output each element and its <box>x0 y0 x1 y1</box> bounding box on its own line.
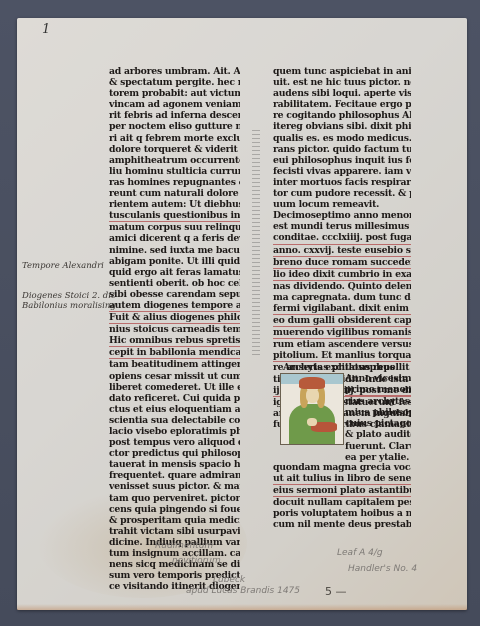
text-line: nius stoicus carneadis tempore claruit <box>109 324 240 335</box>
text-line: docuit nullam capitalem pestem q cor <box>273 497 411 508</box>
text-line: dolore torqueret & viderit homines ad <box>109 144 240 155</box>
text-line: reunt cum naturali dolore certantem. Po <box>109 188 240 199</box>
right-column-below-woodcut: quondam magna grecia vocabatur. hicut ai… <box>273 462 411 531</box>
folio-mark: 1 <box>42 22 50 37</box>
text-line: eius sermoni plato astantibus interesset <box>273 485 411 497</box>
gutter-marks <box>252 130 260 355</box>
text-line: torem probabit: aut victum. Si febrem <box>109 88 240 99</box>
text-line: Hic omnibus rebus spretis & a se reiecti… <box>109 335 240 347</box>
text-line: Anno vicesimo <box>345 373 411 384</box>
text-line: breno duce romam succedens pro capito <box>273 257 411 269</box>
right-column-beside-woodcut: Anno vicesimoprimo menon darius archytas… <box>345 373 411 463</box>
pencil-note-printer: apud Lucas Brandis 1475 <box>186 586 300 597</box>
text-line: liu hominu stulticia currunt spectare fe <box>109 166 240 177</box>
woodcut-face <box>306 388 319 403</box>
text-line: ri ait q febrem morte excludere. Cum eg <box>109 133 240 144</box>
margin-note-1: Tempore Alexandri <box>22 262 104 271</box>
text-line: sibi obesse carendam sepulture. Claruit <box>109 289 240 300</box>
text-line: per noctem eliso gutture no tam se mo <box>109 121 240 132</box>
text-line: rientem autem: Ut diebhus libro primo de <box>109 199 240 210</box>
text-line: trahit victam sibi usurpavit habitu me <box>109 526 240 537</box>
text-line: ctor predictus qui philosophi eulogiam v… <box>109 448 240 459</box>
text-line: sentienti oberit. ob hoc celestem nihil <box>109 278 240 289</box>
text-line: audens sibi loqui. aperte visitum bono <box>273 88 411 99</box>
woodcut-hat <box>299 377 325 389</box>
text-line: amphitheatrum occurrentes aiebat. Qua <box>109 155 240 166</box>
text-line: ad arbores umbram. Ait. Abite queso <box>109 66 240 77</box>
text-line: uit. est ne hic tuus pictor. non tamen <box>273 77 411 88</box>
text-line: nimine. sed iuxta me baculu quo feras <box>109 245 240 256</box>
margin-note-2: Diogenes Stoici 2. dic <box>22 292 116 301</box>
woodcut-portrait <box>280 373 344 445</box>
text-line: anno. cxxvij. teste eusebio senones gall… <box>273 245 411 257</box>
text-line: rabilitatem. Fecitaue ergo pictor. & se <box>273 99 411 110</box>
text-line: quem tunc aspiciebat in animo cogita- <box>273 66 411 77</box>
text-line: eo dum galli obsiderent capitolium. tot <box>273 315 411 327</box>
text-line: amici dicerent q a feris devorareti. Mi <box>109 233 240 244</box>
text-line: dato reficeret. Cui quida pictor admira <box>109 393 240 404</box>
text-line: inter mortuos facis respirare. & sic pic <box>273 177 411 188</box>
text-line: rius archytas tha- <box>345 396 411 407</box>
text-line: ctus et eius eloquentiam addisceret. vel <box>109 404 240 415</box>
pencil-note-dealer: Handler's No. 4 <box>348 564 417 575</box>
margin-note-3: Babilonius moralising <box>22 302 116 311</box>
text-line: nas dividendo. Quinto delenti senones ro <box>273 281 411 292</box>
text-line: tauerat in mensis spacio hec neglectum <box>109 459 240 470</box>
left-text-column: ad arbores umbram. Ait. Abite queso& spe… <box>109 66 240 592</box>
text-line: rit febris ad inferna descendam. Ibi igi… <box>109 110 240 121</box>
text-line: cens quia pingendo si foueret no posset <box>109 504 240 515</box>
pencil-note-title: Rudimentum <box>155 541 213 552</box>
text-line: mius philosophus <box>345 407 411 418</box>
text-line: tusculanis questionibus inquit amicis hu <box>109 210 240 222</box>
text-line: re cogitando philosophus Altera vero die… <box>273 110 411 121</box>
text-line: uum locum remeavit. <box>273 199 411 210</box>
text-line: frequentet. quare admirans philosophus q… <box>109 470 240 481</box>
text-line: Decimoseptimo anno menonis. qui <box>273 210 411 221</box>
text-line: & prosperitam quia medicinam lantam con <box>109 515 240 526</box>
text-line: lio ideo dixit cumbrio in examerone roma <box>273 269 411 281</box>
text-line: primo menon da <box>345 384 411 396</box>
text-line: abigam ponite. Ut illi quid poteris si s… <box>109 256 240 267</box>
text-line: pitolium. Et manlius torquatus clamo <box>273 350 411 362</box>
text-line: poris voluptatem hoibus a natura datam <box>273 508 411 519</box>
text-line: lacio visebo eploratimis philosopho exhi… <box>109 426 240 437</box>
text-line: rans pictor. quido factum tuus pictor <box>273 144 411 155</box>
text-line: Fuit & alius diogenes philosophus babilo <box>109 312 240 324</box>
text-line: fecisti vivas apparere. iam vero vivos <box>273 166 411 177</box>
text-line: qualis es. es modo medicus. sed non igno <box>273 133 411 144</box>
text-line: eui philosophus inquit ius formulas motu… <box>273 155 411 166</box>
text-line: muerendo vigilibus romanis. galli ope <box>273 327 411 339</box>
woodcut-hand <box>307 418 317 426</box>
text-line: matum corpus suu relinquere & cum <box>109 222 240 233</box>
text-line: itereg obvians sibi. dixit philosophus &… <box>273 121 411 132</box>
text-line: ma capregnata. dum tunc dormiebant & in <box>273 292 411 303</box>
text-line: cum nil mente deus prestabilior dedisset… <box>273 519 411 530</box>
text-line: cepit in babilonia mendicare. ut perfec <box>109 347 240 359</box>
text-line: tam beatitudinem attingeret. quod per <box>109 359 240 370</box>
pencil-price: 5 — <box>325 586 347 597</box>
text-line: scientia sua delectabile consorcio ac so <box>109 415 240 426</box>
pencil-note-subtitle: novitiorum <box>172 556 221 567</box>
text-line: venisset suus pictor. & mapiebat sessar <box>109 481 240 492</box>
text-line: quondam magna grecia vocabatur. hic <box>273 462 411 473</box>
text-line: rum etiam ascendere versus post aliis in… <box>273 339 411 350</box>
text-line: quid ergo ait feras lamatus mihi non <box>109 267 240 278</box>
pencil-note-leaf: Leaf A 4/g <box>337 548 383 559</box>
text-line: est mundi terus millesimus vo. lxxxvi. U… <box>273 221 411 232</box>
text-line: conditae. ccclxiiij. post fugas rome eja… <box>273 232 411 244</box>
text-line: fuerunt. Claruit in <box>345 441 411 452</box>
text-line: liberet comederet. Ut ille eum prestito … <box>109 382 240 393</box>
text-line: tor cum pudore recessit. & post hec ad s… <box>273 188 411 199</box>
text-line: fermi vigilabant. dixit enim titus liniu… <box>273 303 411 315</box>
text-line: & plato auditores <box>345 429 411 440</box>
pencil-note-place: Lübeck <box>213 575 245 586</box>
woodcut-caption: Archytas philosophus <box>283 362 395 373</box>
text-line: vincam ad agonem veniam. Si me vice- <box>109 99 240 110</box>
text-line: opiens cesar missit ut cum quo simul ei <box>109 371 240 382</box>
text-line: cuius pictagoras <box>345 418 411 429</box>
text-line: autem diogenes tempore alexandri <box>109 300 240 312</box>
text-line: ras homines repugnantes & me prete <box>109 177 240 188</box>
text-line: & spectatum pergite. hec me nox aut vic <box>109 77 240 88</box>
text-line: tam quo perveniret. pictor vero egnos <box>109 493 240 504</box>
text-line: post tempus vero aliquod deserfum pi <box>109 437 240 448</box>
text-line: ut ait tulius in libro de senectute. cum <box>273 473 411 485</box>
